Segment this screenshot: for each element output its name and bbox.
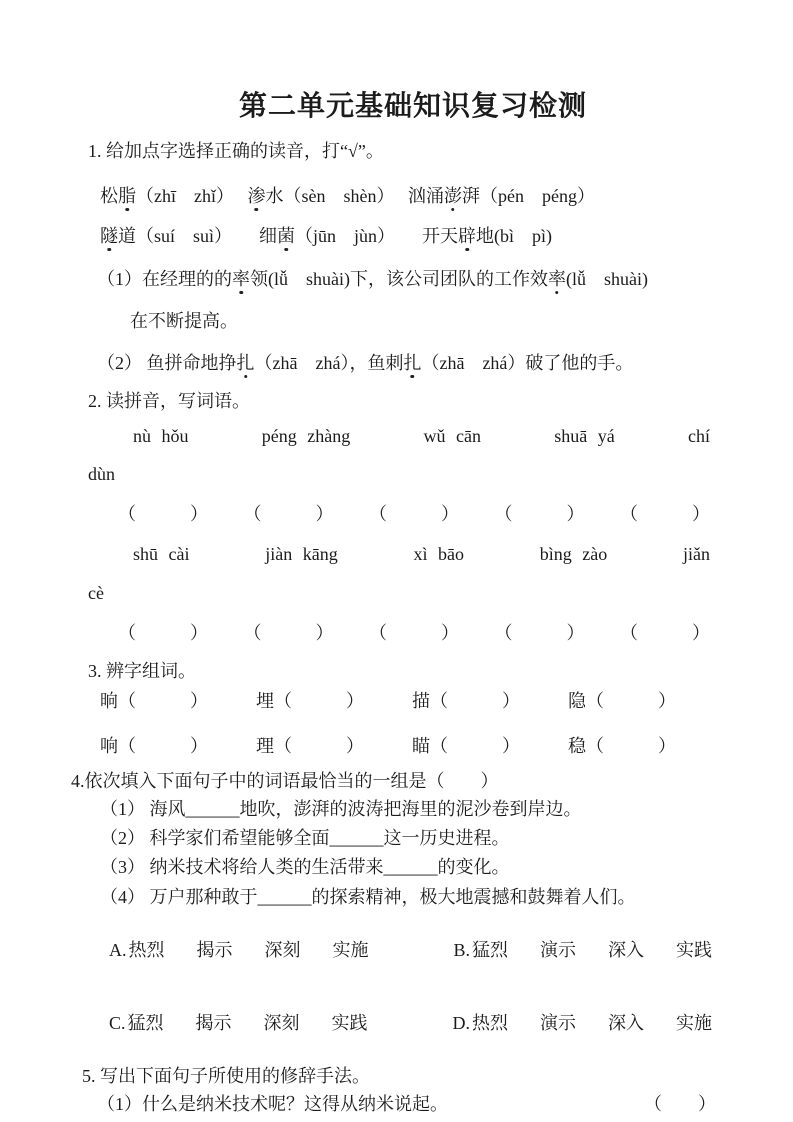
option-word: 深刻 [265,940,301,960]
option-word: 演示 [540,1013,576,1033]
emphasis-dot-char: 扎 [237,352,255,374]
answer-blank: （ ） [430,736,520,756]
text-segment: 道（suí suì） 细 [118,226,277,246]
q4-item-1: （1） 海风______地吹，澎湃的波涛把海里的泥沙卷到岸边。 [100,798,738,820]
q1-pronunciation-row-2: 隧道（suí suì） 细菌（jūn jùn） 开天辟地(bì pì) [100,225,738,247]
q3-row-1: 晌（ ） 埋（ ） 描（ ） 隐（ ） [100,690,738,712]
emphasis-dot-char: 率 [548,268,566,290]
pinyin-word: bìng zào [540,543,607,565]
option-label: A. [109,940,127,960]
q5-stem: 5. 写出下面句子所使用的修辞手法。 [82,1065,738,1087]
q4-options-row-2: C.猛烈揭示深刻实践 D.热烈演示深入实施 [82,990,738,1056]
q5-sub1: （1）什么是纳米技术呢？这得从纳米说起。 （ ） [97,1093,738,1115]
emphasis-dot-char: 菌 [277,225,295,247]
character: 瞄 [412,736,430,756]
q4-item-3: （3） 纳米技术将给人类的生活带来______的变化。 [100,856,738,878]
pinyin-word: shū cài [133,543,189,565]
pinyin-word: nù hǒu [133,425,189,447]
character-blank-cell: 稳（ ） [568,735,676,757]
answer-blank: （ ） [118,691,208,711]
pinyin-word: shuā yá [554,425,614,447]
answer-blank: （ ） [274,691,364,711]
character: 描 [412,691,430,711]
emphasis-dot-char: 脂 [118,185,136,207]
option-word: 实践 [332,1013,368,1033]
answer-blank: （ ） [369,622,459,644]
q2-pinyin-row-2: shū cài jiàn kāng xì bāo bìng zào jiǎn [133,543,710,565]
text-segment: 领(lǚ shuài)下，该公司团队的工作效 [250,269,548,289]
pinyin-word: jiǎn [683,543,710,565]
q4-stem: 4.依次填入下面句子中的词语最恰当的一组是（ ） [71,770,738,792]
character: 埋 [256,691,274,711]
q4-options-row-1: A.热烈揭示深刻实施 B.猛烈演示深入实践 [82,917,738,983]
pinyin-word: wǔ cān [424,425,481,447]
option-word: 深刻 [264,1013,300,1033]
q2-pinyin-row-1-wrap: dùn [88,463,738,485]
text-segment: 湃（pén péng） [462,186,595,206]
q5-sub1-text: （1）什么是纳米技术呢？这得从纳米说起。 [97,1093,448,1115]
character-blank-cell: 隐（ ） [568,690,676,712]
pinyin-word: jiàn kāng [265,543,337,565]
option-word: 猛烈 [128,1013,164,1033]
emphasis-dot-char: 隧 [100,225,118,247]
page-title: 第二单元基础知识复习检测 [88,90,738,124]
emphasis-dot-char: 辟 [458,225,476,247]
answer-blank: （ ） [586,736,676,756]
answer-blank: （ ） [369,503,459,525]
character: 响 [100,736,118,756]
answer-blank: （ ） [118,503,208,525]
q1-stem: 1. 给加点字选择正确的读音，打“√”。 [88,140,738,162]
emphasis-dot-char: 渗 [247,185,265,207]
text-segment: 地(bì pì) [476,226,552,246]
option-word: 热烈 [129,940,165,960]
character-blank-cell: 描（ ） [412,690,520,712]
answer-blank: （ ） [274,736,364,756]
option-word: 演示 [540,940,576,960]
text-segment: （zhā zhá）破了他的手。 [421,353,633,373]
text-segment: （jūn jùn） 开天 [295,226,458,246]
option-label: D. [453,1013,471,1033]
option-word: 猛烈 [472,940,508,960]
pinyin-word: péng zhàng [262,425,350,447]
option-word: 揭示 [197,940,233,960]
answer-blank: （ ） [244,622,334,644]
character: 稳 [568,736,586,756]
q4-item-2: （2） 科学家们希望能够全面______这一历史进程。 [100,827,738,849]
option-word: 热烈 [472,1013,508,1033]
character: 理 [256,736,274,756]
option-c: C.猛烈揭示深刻实践 [82,990,368,1056]
pinyin-word: xì bāo [413,543,464,565]
option-word: 深入 [608,1013,644,1033]
text-segment: （2） 鱼拼命地挣 [97,353,237,373]
option-d: D.热烈演示深入实施 [426,990,713,1056]
worksheet-page: 第二单元基础知识复习检测 1. 给加点字选择正确的读音，打“√”。 松脂（zhī… [0,0,793,1122]
emphasis-dot-char: 率 [232,268,250,290]
option-label: C. [109,1013,126,1033]
q2-pinyin-row-2-wrap: cè [88,582,738,604]
character: 隐 [568,691,586,711]
text-segment: (lǚ shuài) [566,269,648,289]
answer-blank: （ ） [118,736,208,756]
option-a: A.热烈揭示深刻实施 [82,917,369,983]
answer-blank: （ ） [430,691,520,711]
answer-blank: （ ） [644,1093,716,1115]
option-label: B. [454,940,471,960]
answer-blank: （ ） [620,622,710,644]
q3-stem: 3. 辨字组词。 [88,660,738,682]
q2-stem: 2. 读拼音，写词语。 [88,390,738,412]
text-segment: 汹涌 [408,186,444,206]
answer-blank: （ ） [586,691,676,711]
q2-answer-blanks-row-2: （ ） （ ） （ ） （ ） （ ） [118,622,710,644]
q1-pronunciation-row-1: 松脂（zhī zhǐ） 渗水（sèn shèn） 汹涌澎湃（pén péng） [100,185,738,207]
answer-blank: （ ） [620,503,710,525]
answer-blank: （ ） [118,622,208,644]
character-blank-cell: 瞄（ ） [412,735,520,757]
answer-blank: （ ） [495,503,585,525]
character-blank-cell: 晌（ ） [100,690,208,712]
emphasis-dot-char: 扎 [403,352,421,374]
answer-blank: （ ） [495,622,585,644]
q1-sub1-line2: 在不断提高。 [130,310,738,332]
character: 晌 [100,691,118,711]
q1-sub1-line1: （1）在经理的的率领(lǚ shuài)下，该公司团队的工作效率(lǚ shuà… [97,268,738,290]
q1-sub2: （2） 鱼拼命地挣扎（zhā zhá），鱼刺扎（zhā zhá）破了他的手。 [97,352,738,374]
character-blank-cell: 响（ ） [100,735,208,757]
text-segment: （zhā zhá），鱼刺 [255,353,404,373]
option-word: 揭示 [196,1013,232,1033]
option-word: 深入 [608,940,644,960]
answer-blank: （ ） [244,503,334,525]
option-word: 实施 [333,940,369,960]
character-blank-cell: 埋（ ） [256,690,364,712]
q2-answer-blanks-row-1: （ ） （ ） （ ） （ ） （ ） [118,503,710,525]
option-word: 实践 [676,940,712,960]
option-word: 实施 [676,1013,712,1033]
emphasis-dot-char: 澎 [444,185,462,207]
pinyin-word: chí [688,425,710,447]
q2-pinyin-row-1: nù hǒu péng zhàng wǔ cān shuā yá chí [133,425,710,447]
text-segment: （1）在经理的的 [97,269,232,289]
q3-row-2: 响（ ） 理（ ） 瞄（ ） 稳（ ） [100,735,738,757]
text-segment: （zhī zhǐ） [136,186,247,206]
character-blank-cell: 理（ ） [256,735,364,757]
text-segment: 水（sèn shèn） [265,186,408,206]
option-b: B.猛烈演示深入实践 [427,917,713,983]
text-segment: 松 [100,186,118,206]
q4-item-4: （4） 万户那种敢于______的探索精神，极大地震撼和鼓舞着人们。 [100,886,738,908]
